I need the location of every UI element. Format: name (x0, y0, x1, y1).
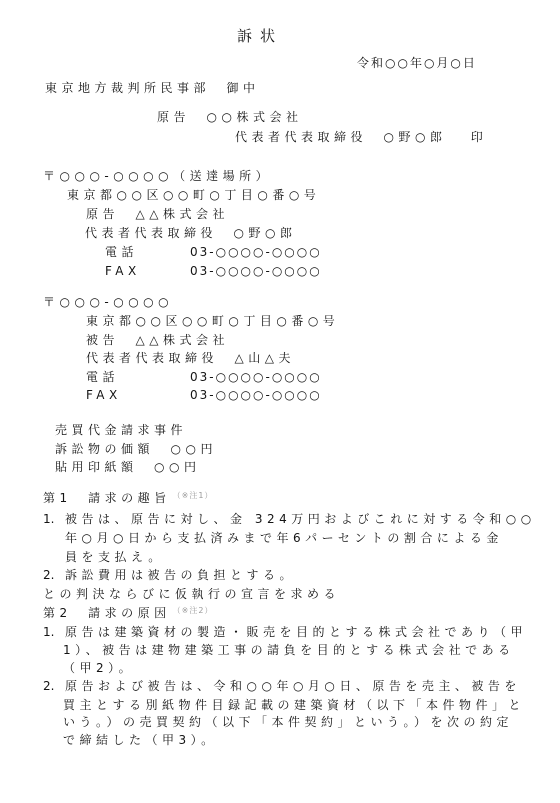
fax-value: 03-○○○○-○○○○ (190, 388, 322, 402)
defendant-party-name: 被告 △△株式会社 (86, 333, 229, 347)
case-name: 売買代金請求事件 (55, 423, 187, 437)
plaintiff-representative: 代表者代表取締役 ○野○郎 (85, 226, 296, 240)
item-number: 1. (43, 512, 65, 526)
plaintiff-postal-code: 〒○○○-○○○○（送達場所） (43, 169, 272, 183)
defendant-phone-line: 電話03-○○○○-○○○○ (86, 370, 322, 384)
item-text: 被告は、原告に対し、金 324万円およびこれに対する令和○○ (65, 512, 536, 526)
cause-item-1-line-2: 1）、被告は建物建築工事の請負を目的とする株式会社である (63, 643, 515, 657)
plaintiff-phone-line: 電話03-○○○○-○○○○ (105, 245, 322, 259)
item-text: 訴訟費用は被告の負担とする。 (65, 568, 296, 582)
cause-item-2-line-1: 2.原告および被告は、令和○○年○月○日、原告を売主、被告を (43, 679, 521, 693)
item-number: 1. (43, 625, 65, 639)
note-superscript: （※注2） (173, 606, 214, 615)
claim-closing-line: との判決ならびに仮執行の宣言を求める (43, 587, 340, 601)
defendant-representative: 代表者代表取締役 △山△夫 (86, 351, 295, 365)
claim-item-1-line-1: 1.被告は、原告に対し、金 324万円およびこれに対する令和○○ (43, 512, 536, 526)
item-number: 2. (43, 679, 65, 693)
complaint-document: 訴状 令和○○年○月○日 東京地方裁判所民事部 御中 原告 ○○株式会社 代表者… (0, 0, 560, 803)
defendant-postal-code: 〒○○○-○○○○ (43, 295, 173, 309)
document-date: 令和○○年○月○日 (357, 56, 477, 70)
seal-mark: 印 (471, 130, 488, 144)
plaintiff-signature-representative: 代表者代表取締役 ○野○郎 印 (235, 130, 487, 144)
claim-item-1-line-2: 年○月○日から支払済みまで年6パーセントの割合による金 (65, 531, 503, 545)
fax-label: FAX (86, 388, 190, 402)
item-number: 2. (43, 568, 65, 582)
phone-label: 電話 (105, 245, 190, 259)
defendant-address: 東京都○○区○○町○丁目○番○号 (86, 314, 339, 328)
section-heading-text: 第1 請求の趣旨 (43, 491, 171, 505)
plaintiff-fax-line: FAX03-○○○○-○○○○ (105, 264, 322, 278)
phone-value: 03-○○○○-○○○○ (190, 245, 322, 259)
phone-value: 03-○○○○-○○○○ (190, 370, 322, 384)
claim-item-2-line-1: 2.訴訟費用は被告の負担とする。 (43, 568, 296, 582)
document-title: 訴状 (0, 29, 520, 43)
cause-section-heading: 第2 請求の原因（※注2） (43, 606, 213, 622)
plaintiff-address: 東京都○○区○○町○丁目○番○号 (67, 188, 320, 202)
claim-item-1-line-3: 員を支払え。 (65, 550, 165, 564)
representative-name: 代表者代表取締役 ○野○郎 (235, 130, 446, 144)
item-text: 原告は建築資材の製造・販売を目的とする株式会社であり（甲 (65, 625, 527, 639)
defendant-fax-line: FAX03-○○○○-○○○○ (86, 388, 322, 402)
fax-value: 03-○○○○-○○○○ (190, 264, 322, 278)
plaintiff-signature-name: 原告 ○○株式会社 (157, 110, 302, 124)
cause-item-2-line-3: いう。）の売買契約（以下「本件契約」という。）を次の約定 (63, 715, 513, 729)
section-heading-text: 第2 請求の原因 (43, 606, 171, 620)
stamp-amount: 貼用印紙額 ○○円 (55, 460, 200, 474)
cause-item-2-line-4: で締結した（甲3）。 (63, 733, 218, 747)
plaintiff-party-name: 原告 △△株式会社 (86, 207, 229, 221)
cause-item-1-line-3: （甲2）。 (63, 661, 135, 675)
fax-label: FAX (105, 264, 190, 278)
note-superscript: （※注1） (173, 491, 214, 500)
suit-value: 訴訟物の価額 ○○円 (55, 442, 217, 456)
item-text: 原告および被告は、令和○○年○月○日、原告を売主、被告を (65, 679, 521, 693)
court-name: 東京地方裁判所民事部 御中 (45, 81, 260, 95)
cause-item-1-line-1: 1.原告は建築資材の製造・販売を目的とする株式会社であり（甲 (43, 625, 527, 639)
cause-item-2-line-2: 買主とする別紙物件目録記載の建築資材（以下「本件物件」と (63, 698, 525, 712)
phone-label: 電話 (86, 370, 190, 384)
claim-section-heading: 第1 請求の趣旨（※注1） (43, 491, 213, 507)
